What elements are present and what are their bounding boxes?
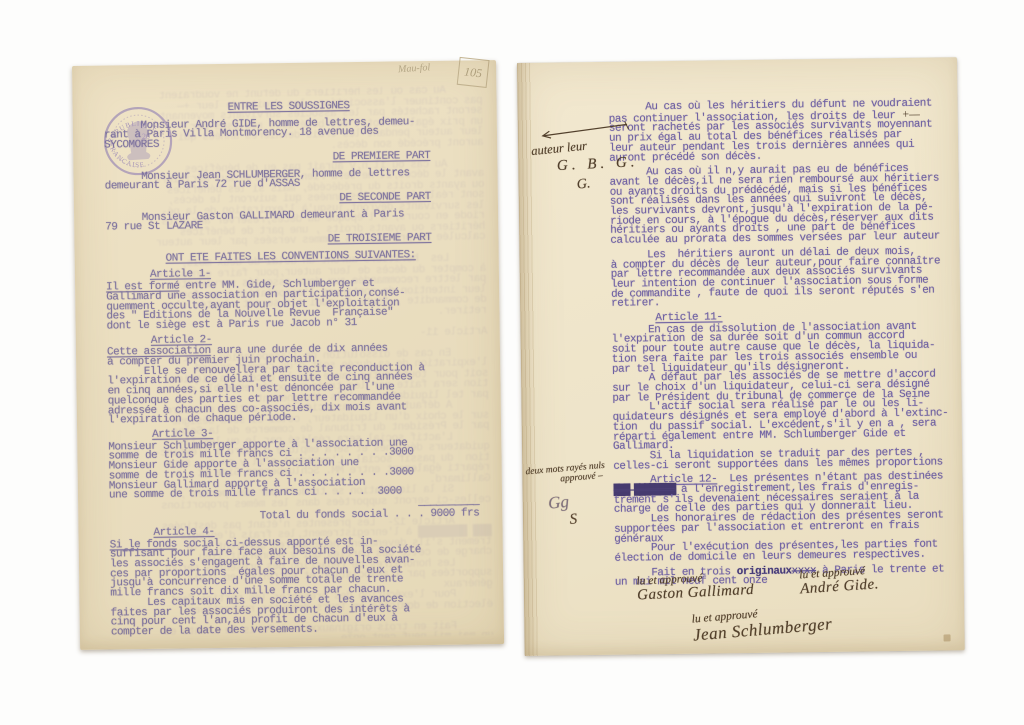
article-1-body: Il est formé entre MM. Gide, Schlumberge… <box>106 279 477 333</box>
party-gallimard: Monsieur Gaston GALLIMARD demeurant à Pa… <box>105 209 475 234</box>
heading-conventions: ONT ETE FAITES LES CONVENTIONS SUIVANTES… <box>106 250 476 265</box>
article-3-body: Monsieur Schlumberger apporte à l'associ… <box>108 438 479 501</box>
pencil-inscription: Mau-fol <box>398 62 431 75</box>
heading-seconde-part: DE SECONDE PART <box>105 192 475 207</box>
contract-page-1: Au cas où les héritiers du défunt ne vou… <box>72 60 504 650</box>
party-gide: Monsieur André GIDE, homme de lettres, d… <box>104 117 474 151</box>
margin-note-auteur-correction: auteur leur G. B. G. G. <box>529 118 655 198</box>
lot-number: 105 <box>457 57 490 88</box>
catalog-photograph: Au cas où les héritiers du défunt ne vou… <box>0 0 1024 725</box>
contract-page-2: Au cas où les héritiers du défunt ne vou… <box>517 57 965 656</box>
no-profits-clause: Au cas où il n,y aurait pas eu de bénéfi… <box>609 164 956 246</box>
article-11-body: En cas de dissolution de l'association a… <box>611 322 959 472</box>
article-4-body: Si le fonds social ci-dessus apporté est… <box>110 536 481 638</box>
right-typed-content: Au cas où les héritiers du défunt ne vou… <box>609 99 961 594</box>
heading-troisieme-part: DE TROISIEME PART <box>105 233 475 248</box>
total-line: —————————— Total du fonds social . . . 9… <box>109 501 479 523</box>
heading-premiere-part: DE PREMIERE PART <box>104 151 474 166</box>
signature-gaston-gallimard: lu et approuvé Gaston Gallimard <box>636 570 754 605</box>
signature-name: André Gide. <box>800 576 880 598</box>
lot-number-value: 105 <box>463 64 483 81</box>
party-schlumberger: Monsieur Jean SCHLUMBERGER, homme de let… <box>104 168 474 193</box>
heading-entre-les-soussignes: ENTRE LES SOUSSIGNES <box>104 100 474 115</box>
article-2-body: Cette association aura une durée de dix … <box>107 344 478 427</box>
signature-jean-schlumberger: lu et approuvé Jean Schlumberger <box>691 602 833 645</box>
heirs-buyback-clause: Au cas où les héritiers du défunt ne vou… <box>609 99 956 164</box>
margin-note-deux-mots-rayes: deux mots rayés nuls approuvé – Gg S <box>525 457 655 532</box>
article-12-body: Article 12- Les présentes n'étant pas de… <box>613 473 960 565</box>
heirs-delay-clause: Les héritiers auront un délai de deux mo… <box>610 247 957 310</box>
corner-blot <box>944 634 951 641</box>
signature-andre-gide: lu et approuvé André Gide. <box>799 564 880 598</box>
left-typed-content: ENTRE LES SOUSSIGNES Monsieur André GIDE… <box>104 100 481 643</box>
